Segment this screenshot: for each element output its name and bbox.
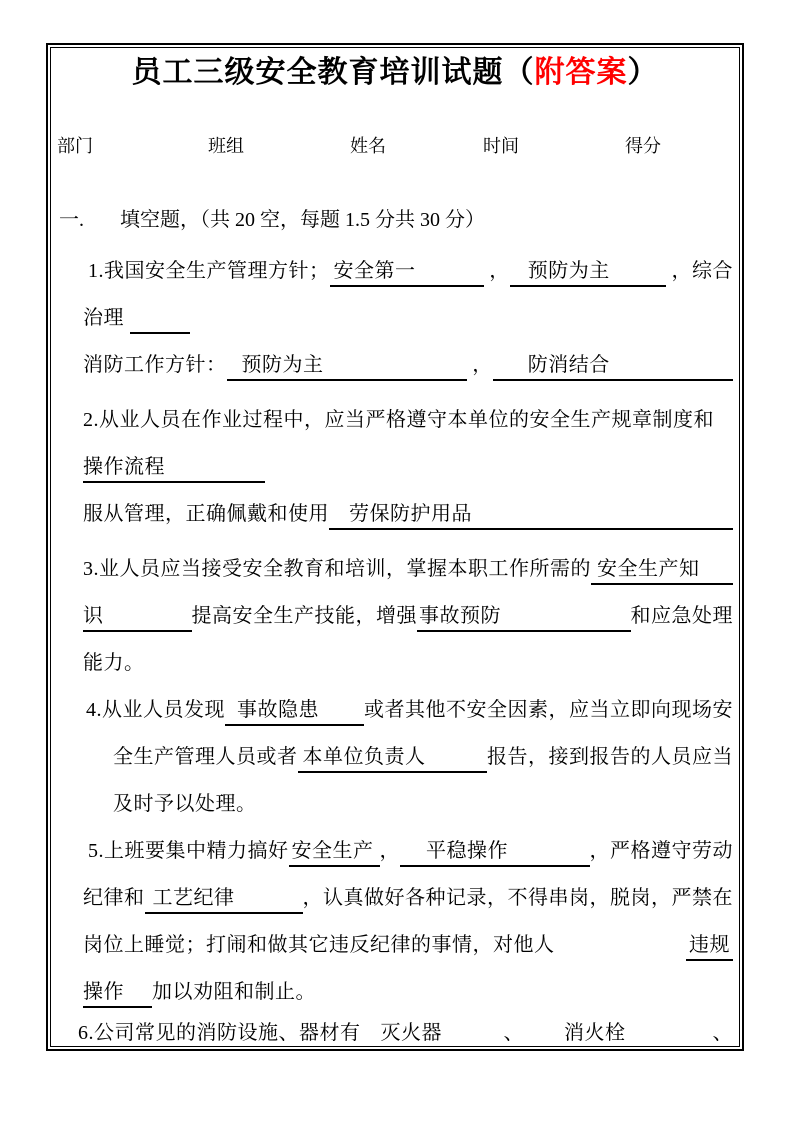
question-2-line-1: 2.从业人员在作业过程中，应当严格遵守本单位的安全生产规章制度和 [57,394,733,441]
text-segment: ，严格遵守劳动 [590,834,734,863]
text-segment: 服从管理，正确佩戴和使用 [83,497,329,526]
questions: 1.我国安全生产管理方针；安全第一 ，预防为主 ，综合治理 消防工作方针：预防为… [57,245,733,1047]
text-segment: 或者其他不安全因素，应当立即向现场安 [364,693,733,722]
info-label-score: 得分 [625,132,661,158]
answer-underline: 预防为主 [227,348,467,381]
question-1-line-3: 消防工作方针：预防为主 ，防消结合 [57,339,733,386]
answer-underline: 操作 [83,975,152,1008]
text-segment: 1.我国安全生产管理方针； [88,254,330,283]
text-segment: 提高安全生产技能，增强 [192,599,418,628]
text-segment: ， [380,834,401,863]
text-segment: 及时予以处理。 [113,787,257,816]
answer-underline: 安全生产知 [591,552,733,585]
question-2: 2.从业人员在作业过程中，应当严格遵守本单位的安全生产规章制度和操作流程服从管理… [57,394,733,535]
text-segment: 能力。 [83,646,145,675]
question-4-line-3: 及时予以处理。 [57,778,733,825]
page-border-inner: 员工三级安全教育培训试题（附答案） 部门班组姓名时间得分 一. 填空题，（共 2… [50,47,740,1047]
answer-note: 附答案 [535,56,628,89]
question-4-line-2: 全生产管理人员或者本单位负责人报告，接到报告的人员应当 [57,731,733,778]
question-1: 1.我国安全生产管理方针；安全第一 ，预防为主 ，综合治理 消防工作方针：预防为… [57,245,733,386]
title-text: 员工三级安全教育培训试题（ [132,56,535,89]
section-heading: 一. 填空题，（共 20 空，每题 1.5 分共 30 分） [57,203,733,230]
answer-underline: 防消结合 [493,348,733,381]
exam-page: { "document": { "title": { "prefix": "员工… [0,0,793,1122]
text-segment: ， [467,348,493,377]
text-segment: 和应急处理 [631,599,734,628]
section-title: 填空题，（共 20 空，每题 1.5 分共 30 分） [120,203,485,232]
text-segment: ，综合 [666,254,733,283]
question-2-line-2: 操作流程 [57,441,733,488]
text-segment: 3.业人员应当接受安全教育和培训，掌握本职工作所需的 [83,552,591,581]
question-3-line-2: 识提高安全生产技能，增强事故预防和应急处理 [57,590,733,637]
answer-underline: 安全生产 [289,834,380,867]
question-4-line-1: 4.从业人员发现事故隐患或者其他不安全因素，应当立即向现场安 [57,684,733,731]
question-5-line-1: 5.上班要集中精力搞好安全生产，平稳操作，严格遵守劳动 [57,825,733,872]
question-3-line-3: 能力。 [57,637,733,684]
text-segment: 岗位上睡觉；打闹和做其它违反纪律的事情，对他人 [83,928,555,957]
question-3-line-1: 3.业人员应当接受安全教育和培训，掌握本职工作所需的安全生产知 [57,543,733,590]
title-close-paren: ） [628,56,659,89]
document-title: 员工三级安全教育培训试题（附答案） [57,54,733,92]
page-border-outer: 员工三级安全教育培训试题（附答案） 部门班组姓名时间得分 一. 填空题，（共 2… [46,43,744,1051]
text-segment: 消防工作方针： [83,348,227,377]
answer-underline: 操作流程 [83,450,265,483]
question-5-line-2: 纪律和工艺纪律，认真做好各种记录，不得串岗，脱岗，严禁在 [57,872,733,919]
question-5: 5.上班要集中精力搞好安全生产，平稳操作，严格遵守劳动纪律和工艺纪律，认真做好各… [57,825,733,1013]
text-segment: 6.公司常见的消防设施、器材有 [78,1016,361,1045]
exam-info-row: 部门班组姓名时间得分 [57,132,733,158]
text-segment: ， [484,254,510,283]
answer-underline: 消火栓 [524,1016,713,1047]
question-1-line-2: 治理 [57,292,733,339]
text-segment: 加以劝阻和制止。 [152,975,316,1004]
blank-underline [130,307,191,334]
question-3: 3.业人员应当接受安全教育和培训，掌握本职工作所需的安全生产知识提高安全生产技能… [57,543,733,684]
answer-underline: 事故隐患 [225,693,364,726]
text-segment: 纪律和 [83,881,145,910]
answer-underline: 安全第一 [330,254,484,287]
answer-underline: 工艺纪律 [145,881,303,914]
answer-underline: 违规 [686,928,733,961]
answer-underline: 识 [83,599,192,632]
answer-underline: 事故预防 [417,599,631,632]
answer-underline: 平稳操作 [400,834,590,867]
question-6: 6.公司常见的消防设施、器材有灭火器、消火栓、 [57,1007,733,1047]
text-segment: 、 [504,1016,525,1045]
question-5-line-4: 操作加以劝阻和制止。 [57,966,733,1013]
info-label-time: 时间 [483,132,519,158]
section-number: 一. [59,203,84,232]
answer-underline: 预防为主 [510,254,666,287]
question-6-line-1: 6.公司常见的消防设施、器材有灭火器、消火栓、 [57,1007,733,1047]
question-5-line-3: 岗位上睡觉；打闹和做其它违反纪律的事情，对他人违规 [57,919,733,966]
text-segment: ，认真做好各种记录，不得串岗，脱岗，严禁在 [303,881,734,910]
answer-underline: 灭火器 [361,1016,504,1047]
answer-underline: 劳保防护用品 [329,497,733,530]
question-1-line-1: 1.我国安全生产管理方针；安全第一 ，预防为主 ，综合 [57,245,733,292]
text-segment: 5.上班要集中精力搞好 [88,834,289,863]
text-segment: 全生产管理人员或者 [113,740,298,769]
text-segment: 4.从业人员发现 [86,693,225,722]
text-segment: 报告，接到报告的人员应当 [487,740,733,769]
info-label-team: 班组 [208,132,244,158]
text-segment: 治理 [83,301,130,330]
info-label-name: 姓名 [350,132,386,158]
text-segment: 、 [713,1016,734,1045]
info-label-department: 部门 [57,132,93,158]
answer-underline: 本单位负责人 [298,740,488,773]
question-4: 4.从业人员发现事故隐患或者其他不安全因素，应当立即向现场安全生产管理人员或者本… [57,684,733,825]
question-2-line-3: 服从管理，正确佩戴和使用劳保防护用品 [57,488,733,535]
text-segment: 2.从业人员在作业过程中，应当严格遵守本单位的安全生产规章制度和 [83,403,714,432]
